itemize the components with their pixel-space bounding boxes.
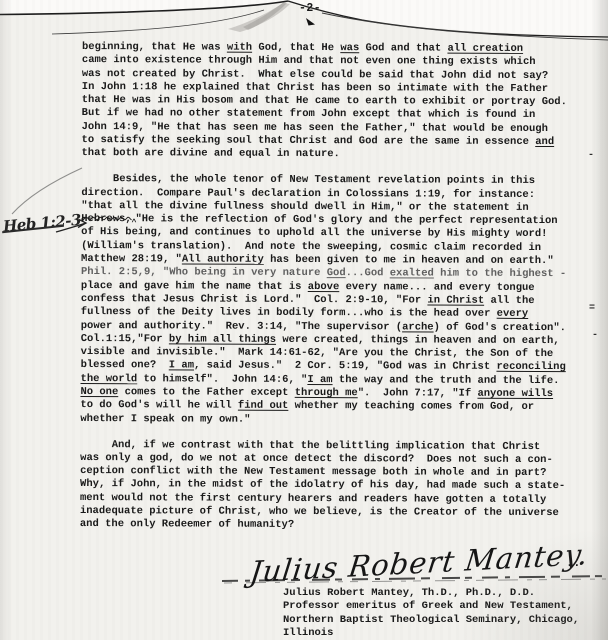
scanned-letter-page: -2- Heb 1:2-3 beginning, that He was wit… xyxy=(0,0,608,640)
signature-typed-line: Julius Robert Mantey, Th.D., Ph.D., D.D. xyxy=(283,587,579,600)
typed-line: whether I speak on my own." xyxy=(80,413,596,429)
edge-artifact-dash: - xyxy=(588,150,594,161)
paragraph: beginning, that He was with God, that He… xyxy=(81,41,598,163)
signature-typed-line: Professor emeritus of Greek and New Test… xyxy=(283,600,579,613)
typed-line: and the only Redeemer of humanity? xyxy=(80,518,596,534)
signature-typed-block: Julius Robert Mantey, Th.D., Ph.D., D.D.… xyxy=(283,587,579,640)
page-number: -2- xyxy=(299,2,321,15)
signature-typed-line: Illinois xyxy=(283,627,579,640)
paragraph: Besides, the whole tenor of New Testamen… xyxy=(80,173,597,428)
edge-artifact-dash-2: - xyxy=(592,330,598,341)
typed-line: that both are divine and equal in nature… xyxy=(81,147,597,163)
signature-typed-line: Northern Baptist Theological Seminary, C… xyxy=(283,614,579,627)
paragraph: And, if we contrast with that the belitt… xyxy=(80,438,596,533)
typed-text: beginning, that He was with God, that He… xyxy=(80,41,598,546)
edge-artifact-equals: = xyxy=(589,303,594,314)
signature-stray-dots: .. xyxy=(566,556,580,570)
